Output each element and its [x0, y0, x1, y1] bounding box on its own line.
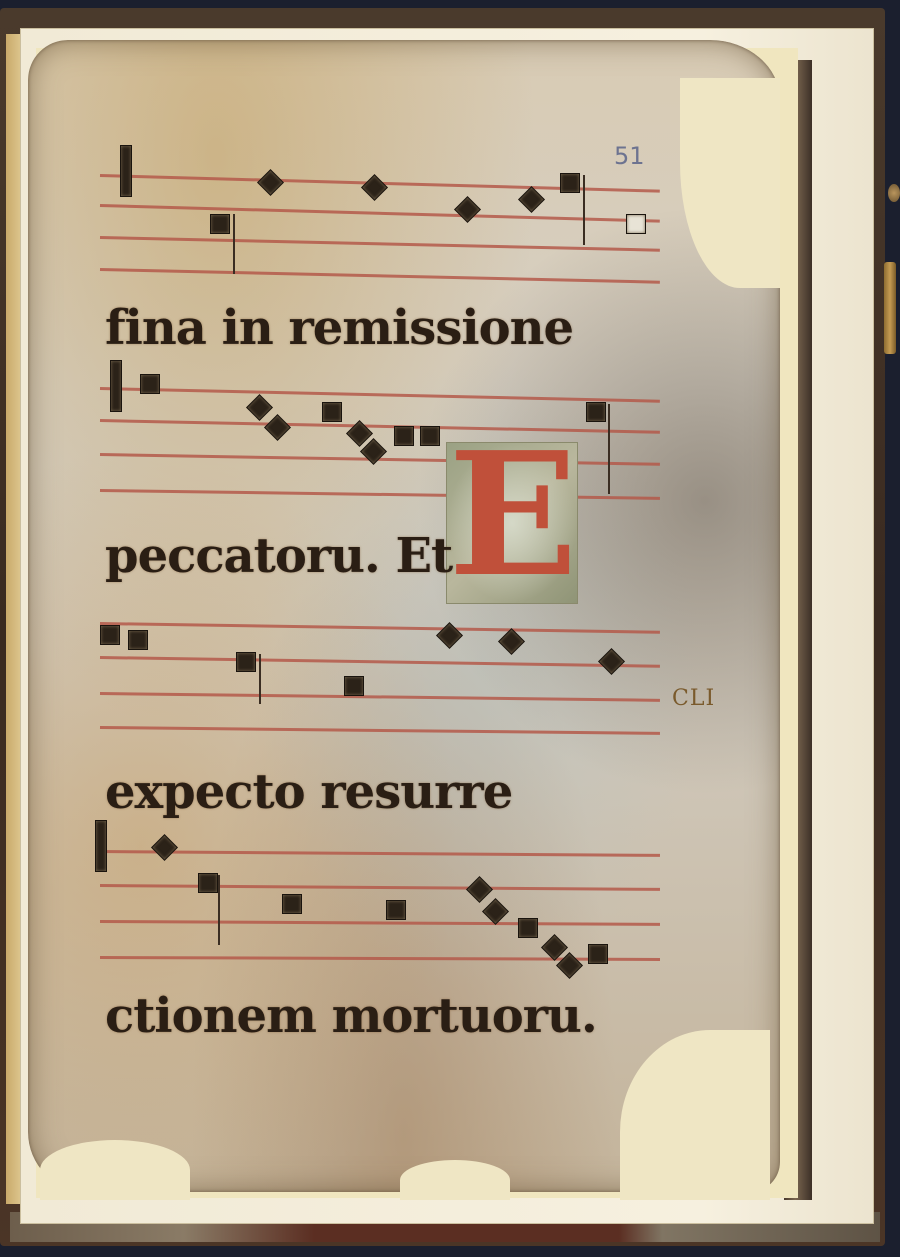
- note-square: [198, 873, 218, 893]
- note-square: [322, 402, 342, 422]
- clasp-knob: [888, 184, 900, 202]
- clef-mark: [110, 360, 122, 412]
- lyric-line-3: expecto resurre: [105, 764, 512, 820]
- staff-line: [100, 656, 660, 668]
- note-stem: [583, 175, 585, 245]
- note-stem: [259, 654, 261, 704]
- damage-notch: [40, 1140, 190, 1200]
- note-square: [420, 426, 440, 446]
- staff-line: [100, 884, 660, 891]
- note-stem: [218, 875, 220, 945]
- music-staff-4: [100, 850, 660, 960]
- note-square: [588, 944, 608, 964]
- note-stem: [608, 404, 610, 494]
- note-square: [626, 214, 646, 234]
- lyric-line-1: fina in remissione: [105, 300, 573, 356]
- note-square: [386, 900, 406, 920]
- folio-number: 51: [614, 142, 645, 170]
- note-square: [100, 625, 120, 645]
- staff-line: [100, 204, 660, 223]
- staff-line: [100, 692, 660, 702]
- note-square: [128, 630, 148, 650]
- clef-mark: [120, 145, 132, 197]
- note-square: [236, 652, 256, 672]
- staff-line: [100, 850, 660, 857]
- lyric-line-4: ctionem mortuoru.: [105, 988, 597, 1044]
- note-stem: [233, 214, 235, 274]
- music-staff-3: [100, 622, 660, 732]
- staff-line: [100, 236, 660, 252]
- note-square: [344, 676, 364, 696]
- note-square: [586, 402, 606, 422]
- staff-line: [100, 622, 660, 634]
- foliation-number: CLI: [672, 686, 715, 711]
- note-square: [518, 918, 538, 938]
- note-square: [140, 374, 160, 394]
- staff-line: [100, 387, 660, 403]
- book-clasp: [884, 262, 896, 354]
- decorated-initial: E: [448, 430, 578, 600]
- note-square: [210, 214, 230, 234]
- clef-mark: [95, 820, 107, 872]
- lyric-line-2: peccatoru. Et: [105, 528, 452, 584]
- damage-notch: [400, 1160, 510, 1200]
- staff-line: [100, 920, 660, 926]
- note-square: [282, 894, 302, 914]
- note-square: [560, 173, 580, 193]
- note-square: [394, 426, 414, 446]
